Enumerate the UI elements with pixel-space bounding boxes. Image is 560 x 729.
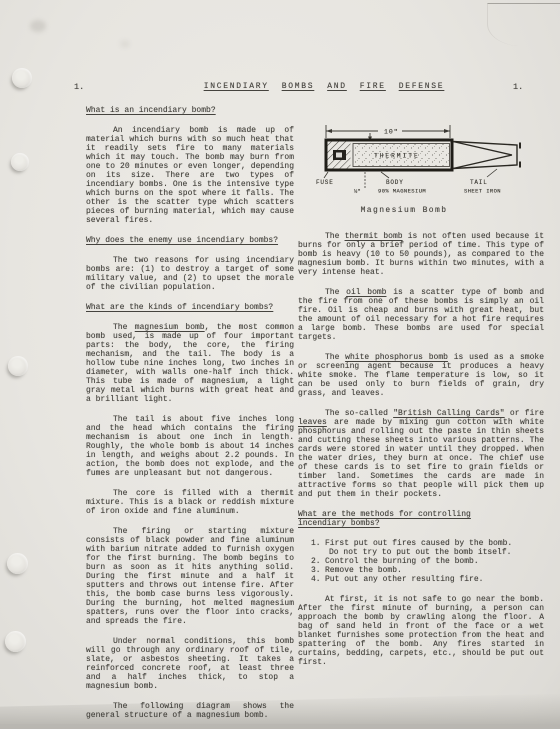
fuse-mechanism-core [336,153,342,158]
title-word: FIRE [360,82,386,91]
text-run: are made by mixing gun cotton with white… [298,418,544,499]
list-item-line: Do not try to put out the bomb itself. [298,548,544,557]
paragraph: The core is filled with a thermit mixtur… [86,489,294,516]
text-run: The [325,288,346,297]
paragraph: At first, it is not safe to go near the … [298,595,544,667]
title-word: BOMBS [282,82,315,91]
dimension-label: 10" [384,129,399,136]
paragraph: Under normal conditions, this bomb will … [86,637,294,691]
tail-label: TAIL [470,179,488,186]
paragraph: The oil bomb is a scatter type of bomb a… [298,288,544,342]
text-run: The firing or starting mixture consists … [86,527,294,626]
list-text: Control the burning of the bomb. [325,557,479,566]
right-column-text: The thermit bomb is not often used becau… [298,232,544,667]
text-run: , the most common bomb used, is made up … [86,323,294,404]
list-text: Do not try to put out the bomb itself. [329,548,511,557]
text-run: or fire [505,409,544,418]
paper-stain [120,40,130,48]
scanned-document-page: 1. INCENDIARYBOMBSANDFIREDEFENSE 1. What… [0,0,560,729]
list-text: Remove the bomb. [325,566,402,575]
list-item-line: 3.Remove the bomb. [298,566,544,575]
title-word: AND [327,82,347,91]
list-item-line: 4.Put out any other resulting fire. [298,575,544,584]
binder-hole-impression [12,68,32,88]
underlined-term: oil bomb [346,288,386,297]
section-heading: What are the methods for controllingince… [298,510,544,528]
text-run: The two reasons for using incendiary bom… [86,256,294,292]
text-run: is a scatter type of bomb and the fire f… [298,288,544,342]
section-heading: What is an incendiary bomb? [86,106,294,115]
underlined-term: "British Calling Cards" [393,409,504,418]
list-number: 3. [311,566,325,575]
heading-line: Why does the enemy use incendiary bombs? [86,236,294,245]
text-run: An incendiary bomb is made up of materia… [86,126,294,225]
fuse-label: FUSE [316,179,334,186]
underlined-term: magnesium bomb [135,323,205,332]
left-column: What is an incendiary bomb?An incendiary… [86,106,294,729]
heading-line: What are the methods for controlling [298,510,544,519]
paragraph: An incendiary bomb is made up of materia… [86,126,294,225]
text-run: The tail is about five inches long and t… [86,415,294,478]
list-number: 4. [311,575,325,584]
heading-line: incendiary bombs? [298,519,544,528]
list-item-line: 2.Control the burning of the bomb. [298,557,544,566]
underlined-term: thermit bomb [345,232,403,241]
paragraph: The thermit bomb is not often used becau… [298,232,544,277]
wall-thickness-label: ½" [354,188,361,195]
tail-sublabel: SHEET IRON [464,188,501,195]
paragraph: The white phosphorus bomb is used as a s… [298,353,544,398]
binder-hole-impression [5,631,26,652]
underlined-term: white phosphorus bomb [345,353,448,362]
list-number: 2. [311,557,325,566]
binder-hole-impression [8,356,28,376]
binder-hole-impression [11,153,29,171]
text-run: The [325,232,345,241]
numbered-list: 1.First put out fires caused by the bomb… [298,539,544,584]
page-number-left: 1. [74,82,84,92]
paragraph: The following diagram shows the general … [86,702,294,720]
text-run: The core is filled with a thermit mixtur… [86,489,294,516]
paragraph: The magnesium bomb, the most common bomb… [86,323,294,404]
page-corner-curl [487,3,560,46]
document-title: INCENDIARYBOMBSANDFIREDEFENSE [190,82,458,91]
text-run: The following diagram shows the general … [86,702,294,720]
list-item-line: 1.First put out fires caused by the bomb… [298,539,544,548]
body-label: BODY [386,179,404,186]
text-run: The [325,353,345,362]
paragraph: The so-called "British Calling Cards" or… [298,409,544,499]
paragraph: The tail is about five inches long and t… [86,415,294,478]
section-heading: What are the kinds of incendiary bombs? [86,303,294,312]
list-text: First put out fires caused by the bomb. [325,539,512,548]
heading-line: What is an incendiary bomb? [86,106,294,115]
list-text: Put out any other resulting fire. [325,575,483,584]
paper-stain [30,20,46,32]
page-number-right: 1. [513,82,523,92]
diagram-caption: Magnesium Bomb [298,206,510,215]
thermite-label: THERMITE [374,153,420,160]
dimension-arrow-left [326,129,332,133]
magnesium-bomb-diagram: 10" THERMITE [298,118,544,215]
tail-assembly [453,142,520,169]
right-column: 10" THERMITE [298,118,544,678]
paragraph: The firing or starting mixture consists … [86,527,294,626]
text-run: At first, it is not safe to go near the … [298,595,544,667]
dimension-arrow-right [444,129,450,133]
binder-hole-impression [7,553,28,574]
paragraph: The two reasons for using incendiary bom… [86,256,294,292]
title-word: DEFENSE [399,82,445,91]
list-number: 1. [311,539,325,548]
heading-line: What are the kinds of incendiary bombs? [86,303,294,312]
bomb-diagram-svg: 10" THERMITE [298,118,544,198]
section-heading: Why does the enemy use incendiary bombs? [86,236,294,245]
text-run: The [113,323,135,332]
title-word: INCENDIARY [204,82,269,91]
underlined-term: leaves [298,418,327,427]
body-sublabel: 90% MAGNESIUM [378,188,426,195]
text-run: The so-called [325,409,393,418]
text-run: Under normal conditions, this bomb will … [86,637,294,691]
